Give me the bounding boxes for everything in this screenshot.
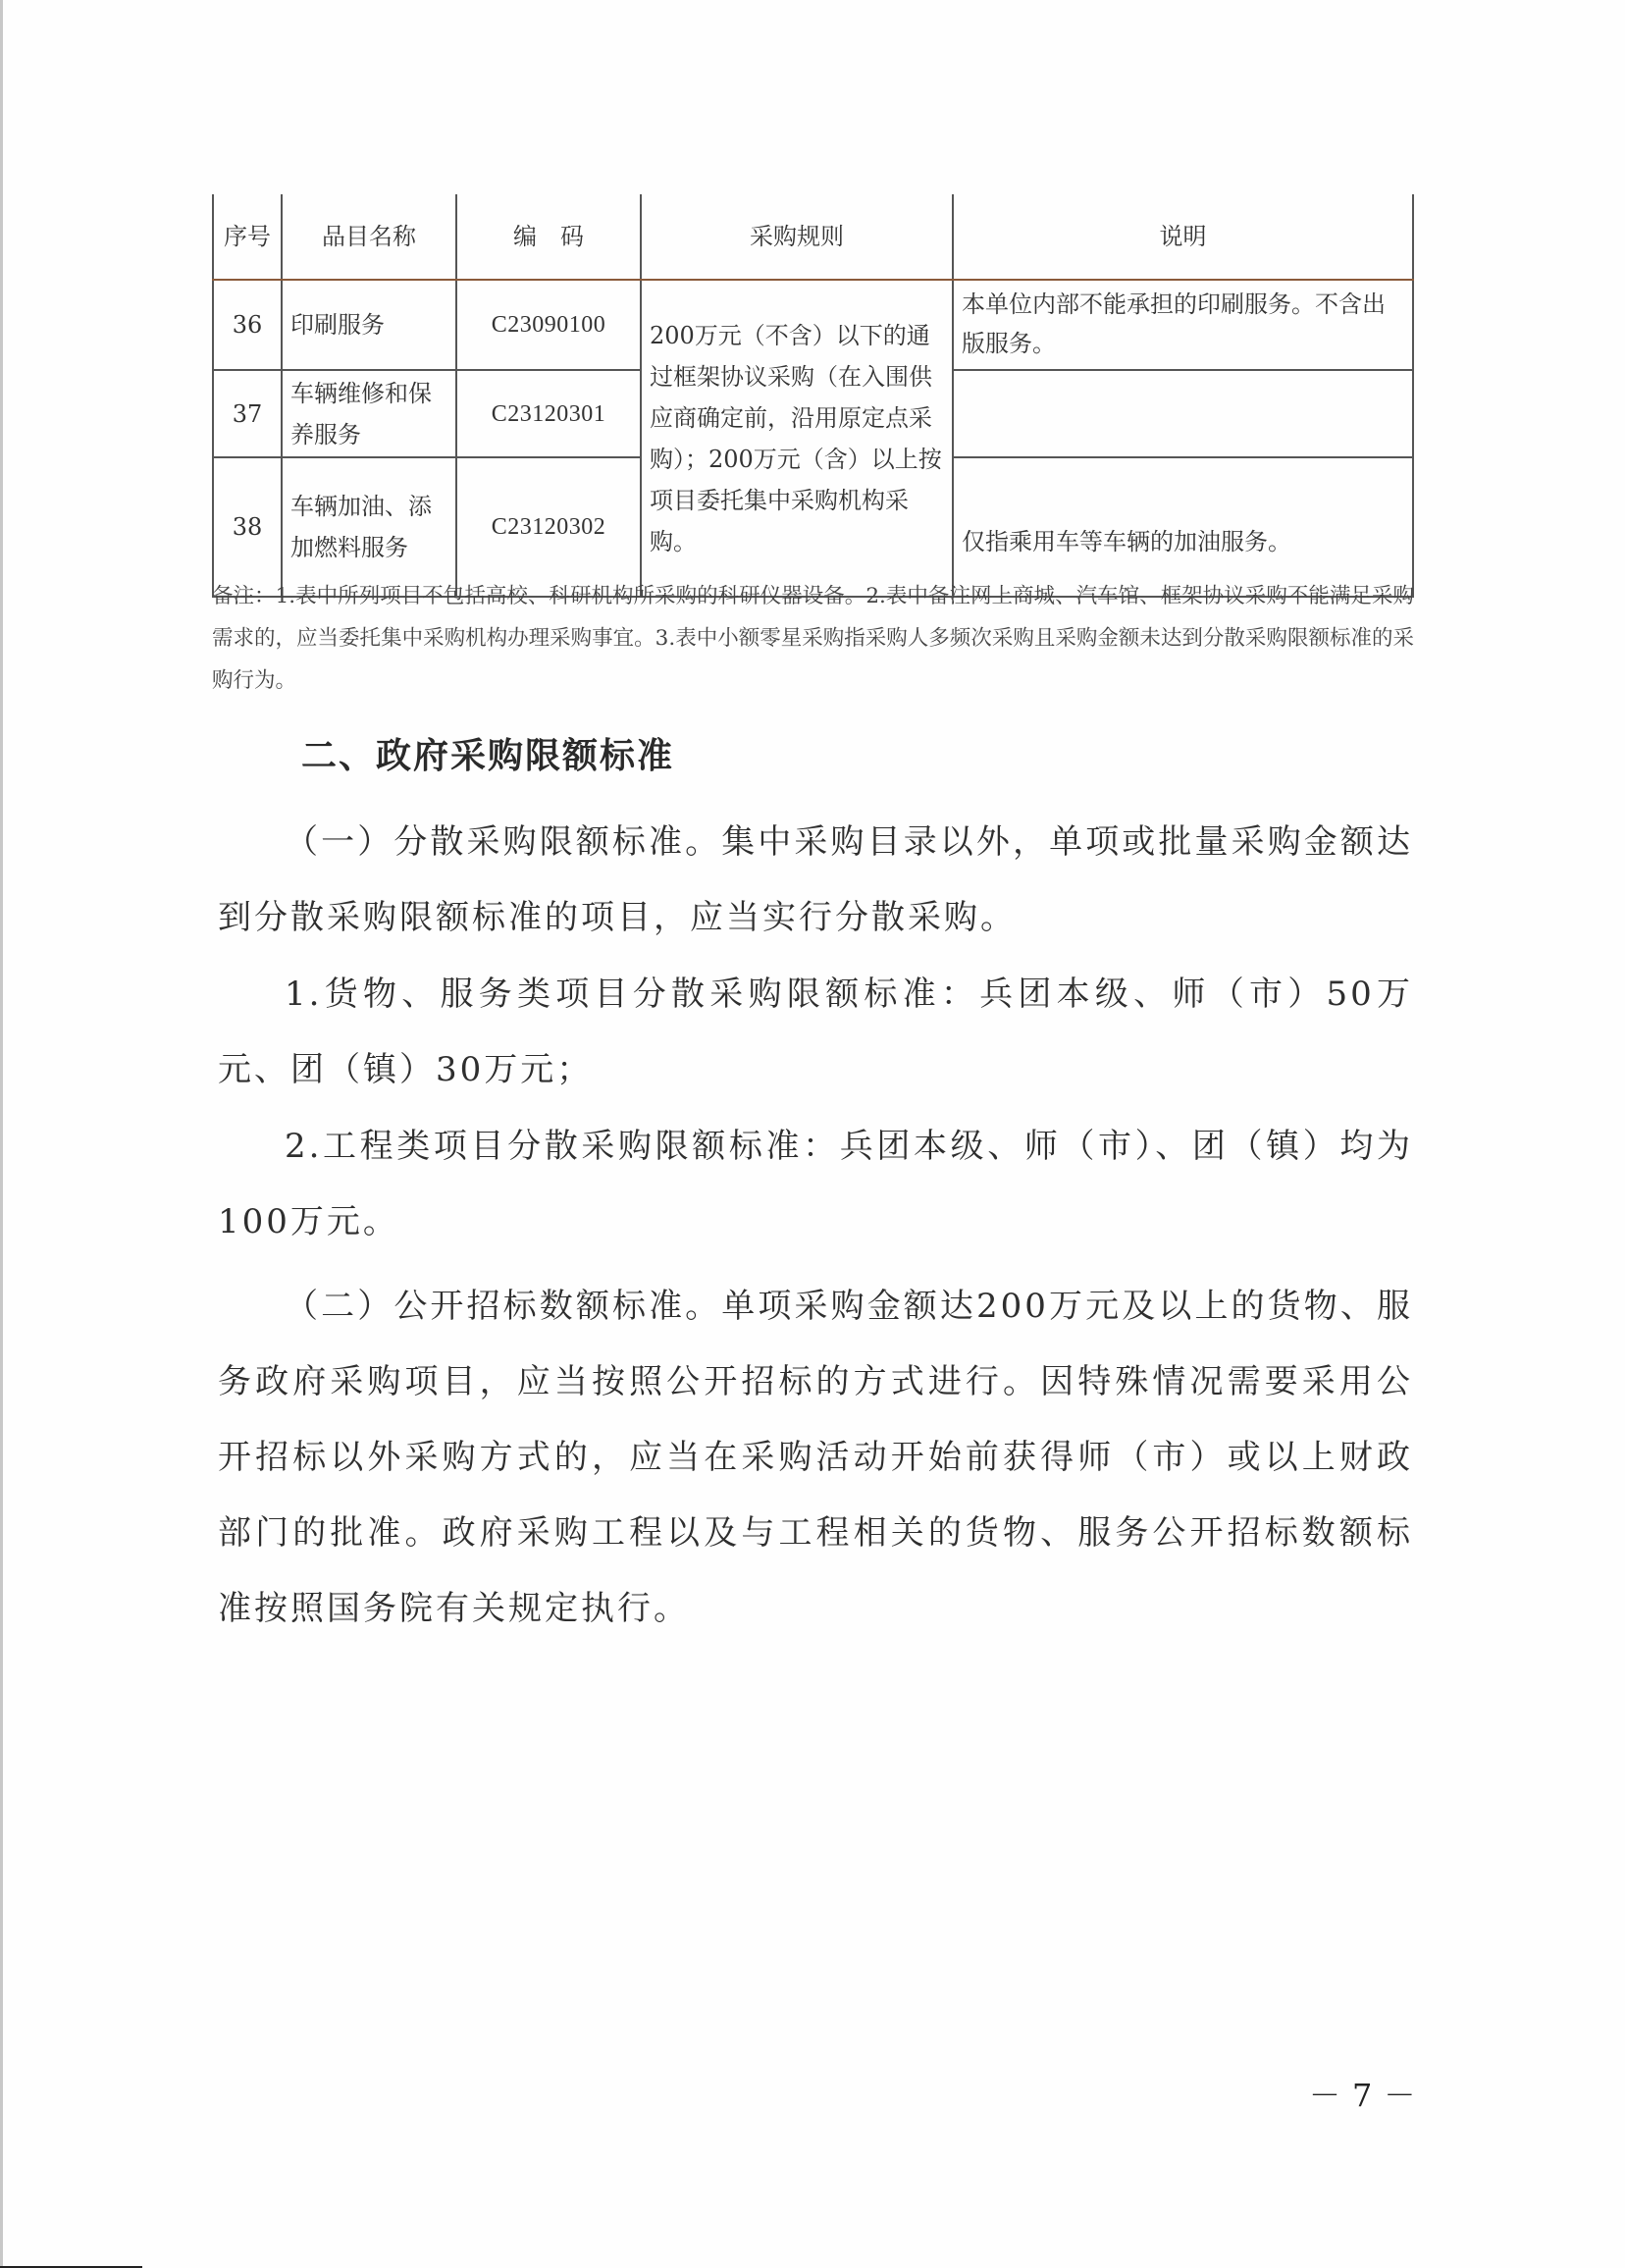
row-code: C23120301: [456, 370, 641, 457]
page-number: －7－: [1309, 2071, 1427, 2116]
header-note: 说明: [953, 194, 1413, 280]
shared-rule-cell: 200万元（不含）以下的通过框架协议采购（在入围供应商确定前，沿用原定点采购）；…: [641, 280, 953, 597]
table-row: 36 印刷服务 C23090100 200万元（不含）以下的通过框架协议采购（在…: [213, 280, 1413, 370]
row-no: 37: [213, 370, 282, 457]
section-heading: 二、政府采购限额标准: [301, 728, 674, 778]
row-note: 本单位内部不能承担的印刷服务。不含出版服务。: [953, 280, 1413, 370]
paragraph-decentralized-threshold: （一）分散采购限额标准。集中采购目录以外，单项或批量采购金额达到分散采购限额标准…: [218, 805, 1413, 956]
paragraph-engineering-threshold: 2.工程类项目分散采购限额标准：兵团本级、师（市）、团（镇）均为100万元。: [218, 1109, 1413, 1260]
header-no: 序号: [213, 194, 282, 280]
row-note: [953, 370, 1413, 457]
row-name: 印刷服务: [282, 280, 456, 370]
row-name: 车辆维修和保养服务: [282, 370, 456, 457]
paragraph-goods-services-threshold: 1.货物、服务类项目分散采购限额标准：兵团本级、师（市）50万元、团（镇）30万…: [218, 957, 1413, 1108]
row-code: C23090100: [456, 280, 641, 370]
header-rule: 采购规则: [641, 194, 953, 280]
scan-edge: [0, 0, 3, 2268]
header-name: 品目名称: [282, 194, 456, 280]
table-remark: 备注：1.表中所列项目不包括高校、科研机构所采购的科研仪器设备。2.表中备注网上…: [212, 575, 1414, 702]
header-code: 编 码: [456, 194, 641, 280]
table-header-row: 序号 品目名称 编 码 采购规则 说明: [213, 194, 1413, 280]
procurement-table: 序号 品目名称 编 码 采购规则 说明 36 印刷服务 C23090100 20…: [212, 194, 1414, 598]
row-no: 36: [213, 280, 282, 370]
paragraph-public-tender-threshold: （二）公开招标数额标准。单项采购金额达200万元及以上的货物、服务政府采购项目，…: [218, 1269, 1413, 1647]
